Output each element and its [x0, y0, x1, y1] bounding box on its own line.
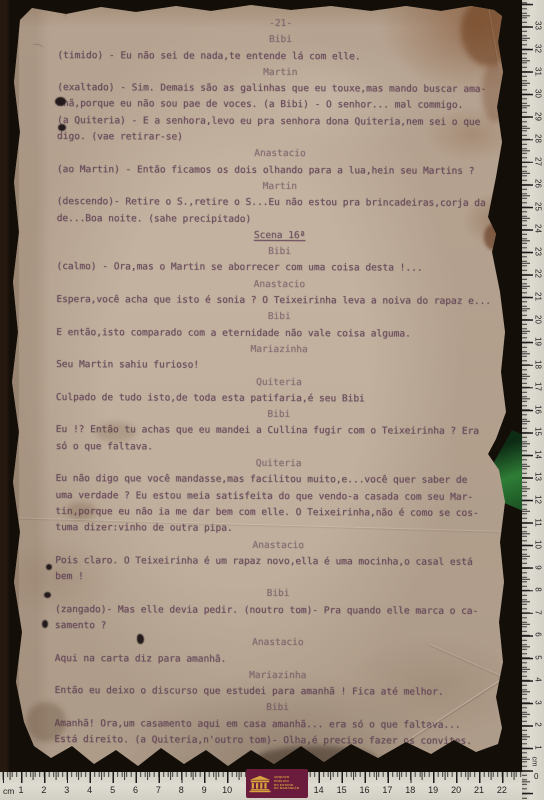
vruler-number-18: 18 [534, 357, 543, 371]
vruler-number-25: 25 [534, 199, 543, 213]
pencil-mark [31, 43, 44, 53]
vertical-ruler: 1234567891011121314151617181920212223242… [522, 0, 544, 800]
photo-background: { "document": { "lines": [ {"style":"pag… [0, 0, 544, 800]
script-line-13: Scena 16ª [57, 227, 503, 245]
hruler-number-2: 2 [36, 785, 52, 795]
vruler-number-23: 23 [534, 244, 543, 258]
ink-blot [42, 620, 48, 628]
vruler-number-8: 8 [534, 583, 543, 597]
vruler-number-16: 16 [534, 402, 543, 416]
hruler-number-6: 6 [128, 785, 144, 795]
script-line-44: Está direito. (a Quiteria,n'outro tom)- … [54, 732, 500, 750]
archive-logo: ARQUIVOPÚBLICODO ESTADODO MARANHÃO [246, 769, 308, 798]
vruler-number-10: 10 [534, 538, 543, 552]
vruler-cm-label: cm [531, 757, 540, 767]
script-line-14: Bibi [57, 243, 503, 261]
ink-blot [503, 538, 510, 547]
ink-blot [137, 634, 144, 644]
vruler-number-13: 13 [534, 470, 543, 484]
archive-building-icon [249, 775, 271, 793]
script-line-23: Culpado de tudo isto,de toda esta patifa… [56, 390, 502, 408]
script-line-28: Eu não digo que você mandasse,mas facili… [56, 471, 502, 489]
vruler-number-19: 19 [534, 335, 543, 349]
hruler-cm-label: cm [3, 786, 14, 796]
vruler-number-4: 4 [534, 673, 543, 687]
script-line-40: Mariazinha [55, 667, 501, 685]
ruler-ticks-cm [522, 0, 533, 800]
vruler-number-24: 24 [534, 222, 543, 236]
archive-logo-text: ARQUIVOPÚBLICODO ESTADODO MARANHÃO [274, 776, 299, 790]
vruler-number-12: 12 [534, 492, 543, 506]
script-line-9: (ao Martin) - Então ficamos os dois olha… [57, 162, 503, 180]
script-line-29: uma verdade ? Eu estou meia satisfeita d… [55, 488, 501, 506]
hruler-number-1: 1 [13, 785, 29, 795]
vruler-number-5: 5 [534, 650, 543, 664]
script-line-34: bem ! [55, 569, 501, 587]
hruler-number-17: 17 [379, 785, 395, 795]
script-line-39: Aqui na carta diz para amanhã. [55, 651, 501, 669]
hruler-number-9: 9 [196, 785, 212, 795]
stain [484, 224, 502, 250]
hruler-number-8: 8 [173, 785, 189, 795]
script-line-26: só o que faltava. [56, 439, 502, 457]
ink-blot [55, 97, 66, 106]
script-line-11: (descendo)- Retire o S.,retire o S...Eu … [57, 194, 503, 212]
script-line-17: Espera,você acha que isto é sonia ? O Te… [56, 292, 502, 310]
vruler-zero-label: 0 [534, 772, 538, 781]
script-line-21: Seu Martin sahiu furioso! [56, 357, 502, 375]
script-body: -21-Bibi(timido) - Eu não sei de nada,te… [54, 15, 503, 751]
vruler-number-6: 6 [534, 628, 543, 642]
stain [66, 502, 96, 520]
vruler-number-21: 21 [534, 290, 543, 304]
vruler-number-27: 27 [534, 154, 543, 168]
script-line-36: (zangado)- Mas elle devia pedir. (noutro… [55, 602, 501, 620]
script-line-35: Bibi [55, 585, 501, 603]
vruler-number-26: 26 [534, 177, 543, 191]
hruler-number-5: 5 [105, 785, 121, 795]
script-line-7: digo. (vae retirar-se) [57, 129, 503, 147]
vruler-number-1: 1 [534, 741, 543, 755]
vruler-number-29: 29 [534, 109, 543, 123]
hruler-number-7: 7 [150, 785, 166, 795]
vruler-number-2: 2 [534, 718, 543, 732]
ink-blot [46, 564, 52, 570]
vruler-number-30: 30 [534, 87, 543, 101]
script-line-18: Bibi [56, 308, 502, 326]
script-line-41: Então eu deixo o discurso que estudei pa… [55, 683, 501, 701]
vruler-number-22: 22 [534, 267, 543, 281]
stain [26, 702, 66, 742]
vruler-number-28: 28 [534, 132, 543, 146]
vruler-number-9: 9 [534, 560, 543, 574]
script-line-20: Mariazinha [56, 341, 502, 359]
vruler-number-7: 7 [534, 605, 543, 619]
script-line-12: de...Boa noite. (sahe precipitado) [57, 211, 503, 229]
script-line-38: Anastacio [55, 634, 501, 652]
hruler-number-22: 22 [494, 785, 510, 795]
script-line-37: samento ? [55, 618, 501, 636]
script-line-43: Amanhã! Ora,um casamento aqui em casa am… [54, 716, 500, 734]
vruler-number-17: 17 [534, 380, 543, 394]
script-line-3: Martin [57, 64, 503, 82]
script-line-33: Pois claro. O Teixeirinha é um rapaz nov… [55, 553, 501, 571]
vruler-number-15: 15 [534, 425, 543, 439]
archive-logo-text-line-3: DO MARANHÃO [274, 787, 299, 791]
script-line-4: (exaltado) - Sim. Demais são as galinhas… [57, 80, 503, 98]
script-line-10: Martin [57, 178, 503, 196]
script-line-19: E então,isto comparado com a eternidade … [56, 325, 502, 343]
script-line-22: Quiteria [56, 374, 502, 392]
vruler-number-31: 31 [534, 64, 543, 78]
hruler-number-15: 15 [334, 785, 350, 795]
vruler-number-11: 11 [534, 515, 543, 529]
hruler-number-14: 14 [311, 785, 327, 795]
vruler-number-14: 14 [534, 447, 543, 461]
hruler-number-18: 18 [402, 785, 418, 795]
hruler-number-19: 19 [425, 785, 441, 795]
script-line-42: Bibi [55, 699, 501, 717]
vruler-number-3: 3 [534, 695, 543, 709]
vruler-number-33: 33 [534, 19, 543, 33]
script-line-0: -21- [58, 15, 504, 33]
hruler-number-4: 4 [82, 785, 98, 795]
script-line-6: (a Quiteria) - E a senhora,levo eu pra s… [57, 113, 503, 131]
script-line-32: Anastacio [55, 537, 501, 555]
script-line-1: Bibi [57, 31, 503, 49]
hruler-number-3: 3 [59, 785, 75, 795]
script-line-5: nhã,porque eu não sou pae de voces. (a B… [57, 97, 503, 115]
hruler-number-20: 20 [448, 785, 464, 795]
vruler-number-32: 32 [534, 41, 543, 55]
script-line-27: Quiteria [56, 455, 502, 473]
script-line-8: Anastacio [57, 145, 503, 163]
stain [96, 422, 136, 442]
hruler-number-16: 16 [357, 785, 373, 795]
ink-blot [44, 592, 51, 598]
vruler-number-20: 20 [534, 312, 543, 326]
hruler-number-10: 10 [219, 785, 235, 795]
script-line-2: (timido) - Eu não sei de nada,te entende… [57, 48, 503, 66]
script-line-15: (calmo) - Ora,mas o Martin se aborrecer … [56, 259, 502, 277]
paper-sheet: -21-Bibi(timido) - Eu não sei de nada,te… [6, 2, 512, 780]
stain [482, 62, 508, 122]
ink-blot [58, 124, 66, 131]
hruler-number-21: 21 [471, 785, 487, 795]
script-line-16: Anastacio [56, 276, 502, 294]
